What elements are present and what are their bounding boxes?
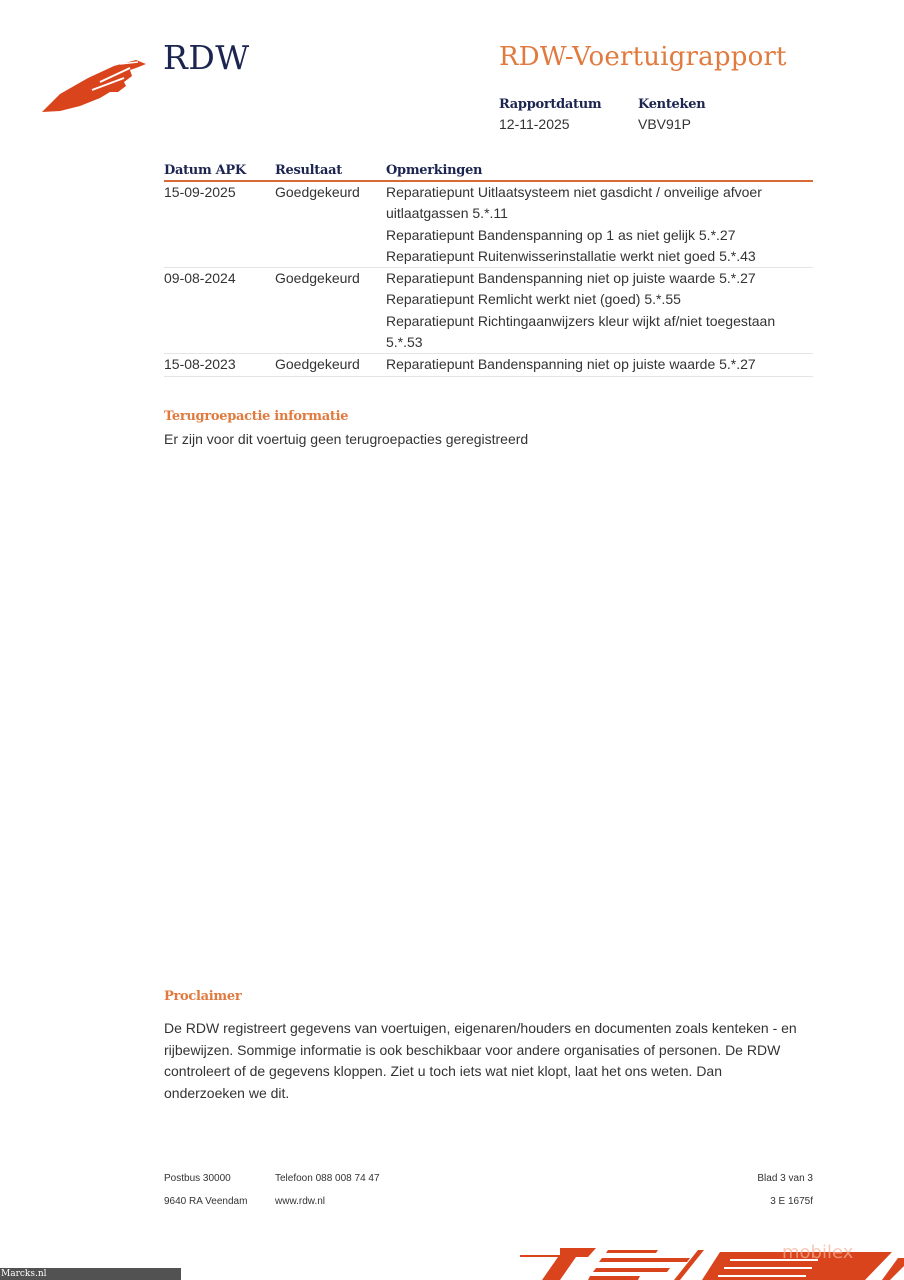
- rdw-feather-logo-icon: [40, 56, 150, 116]
- remark-item: Reparatiepunt Ruitenwisserinstallatie we…: [386, 246, 813, 267]
- column-header-date: Datum APK: [164, 160, 275, 181]
- apk-date: 15-08-2023: [164, 354, 275, 376]
- rdw-stripes-decoration-icon: mobilex: [520, 1244, 904, 1280]
- watermark-bar: Marcks.nl: [0, 1268, 181, 1280]
- apk-result: Goedgekeurd: [275, 268, 386, 354]
- apk-remarks: Reparatiepunt Bandenspanning niet op jui…: [386, 354, 813, 376]
- table-row: 09-08-2024 Goedgekeurd Reparatiepunt Ban…: [164, 268, 813, 354]
- footer-address-line1: Postbus 30000: [164, 1173, 231, 1184]
- apk-date: 15-09-2025: [164, 181, 275, 268]
- apk-date: 09-08-2024: [164, 268, 275, 354]
- report-date-value: 12-11-2025: [499, 116, 601, 132]
- apk-remarks: Reparatiepunt Bandenspanning niet op jui…: [386, 268, 813, 354]
- proclaimer-text: De RDW registreert gegevens van voertuig…: [164, 1018, 804, 1104]
- remark-item: Reparatiepunt Uitlaatsysteem niet gasdic…: [386, 182, 813, 225]
- recall-section-title: Terugroepactie informatie: [164, 409, 348, 424]
- remark-item: Reparatiepunt Bandenspanning niet op jui…: [386, 354, 813, 375]
- proclaimer-title: Proclaimer: [164, 989, 241, 1004]
- table-row: 15-09-2025 Goedgekeurd Reparatiepunt Uit…: [164, 181, 813, 268]
- watermark-text: Marcks.nl: [1, 1268, 47, 1280]
- apk-result: Goedgekeurd: [275, 354, 386, 376]
- apk-result: Goedgekeurd: [275, 181, 386, 268]
- remark-item: Reparatiepunt Bandenspanning niet op jui…: [386, 268, 813, 289]
- table-header-row: Datum APK Resultaat Opmerkingen: [164, 160, 813, 181]
- column-header-remarks: Opmerkingen: [386, 160, 813, 181]
- footer-document-code: 3 E 1675f: [770, 1196, 813, 1207]
- remark-item: Reparatiepunt Richtingaanwijzers kleur w…: [386, 311, 813, 354]
- column-header-result: Resultaat: [275, 160, 386, 181]
- footer-page-number: Blad 3 van 3: [757, 1173, 813, 1184]
- license-plate-value: VBV91P: [638, 116, 705, 132]
- apk-history-table: Datum APK Resultaat Opmerkingen 15-09-20…: [164, 160, 813, 377]
- footer-address-line2: 9640 RA Veendam: [164, 1196, 247, 1207]
- license-plate-block: Kenteken VBV91P: [638, 97, 705, 132]
- table-row: 15-08-2023 Goedgekeurd Reparatiepunt Ban…: [164, 354, 813, 376]
- remark-item: Reparatiepunt Remlicht werkt niet (goed)…: [386, 289, 813, 310]
- footer-website[interactable]: www.rdw.nl: [275, 1196, 325, 1207]
- report-date-label: Rapportdatum: [499, 97, 601, 112]
- logo-text: RDW: [163, 38, 250, 77]
- footer-phone: Telefoon 088 008 74 47: [275, 1173, 380, 1184]
- report-date-block: Rapportdatum 12-11-2025: [499, 97, 601, 132]
- remark-item: Reparatiepunt Bandenspanning op 1 as nie…: [386, 225, 813, 246]
- license-plate-label: Kenteken: [638, 97, 705, 112]
- recall-section-text: Er zijn voor dit voertuig geen terugroep…: [164, 429, 814, 451]
- report-title: RDW-Voertuigrapport: [499, 42, 787, 72]
- apk-remarks: Reparatiepunt Uitlaatsysteem niet gasdic…: [386, 181, 813, 268]
- mobilex-watermark-text: mobilex: [782, 1244, 854, 1263]
